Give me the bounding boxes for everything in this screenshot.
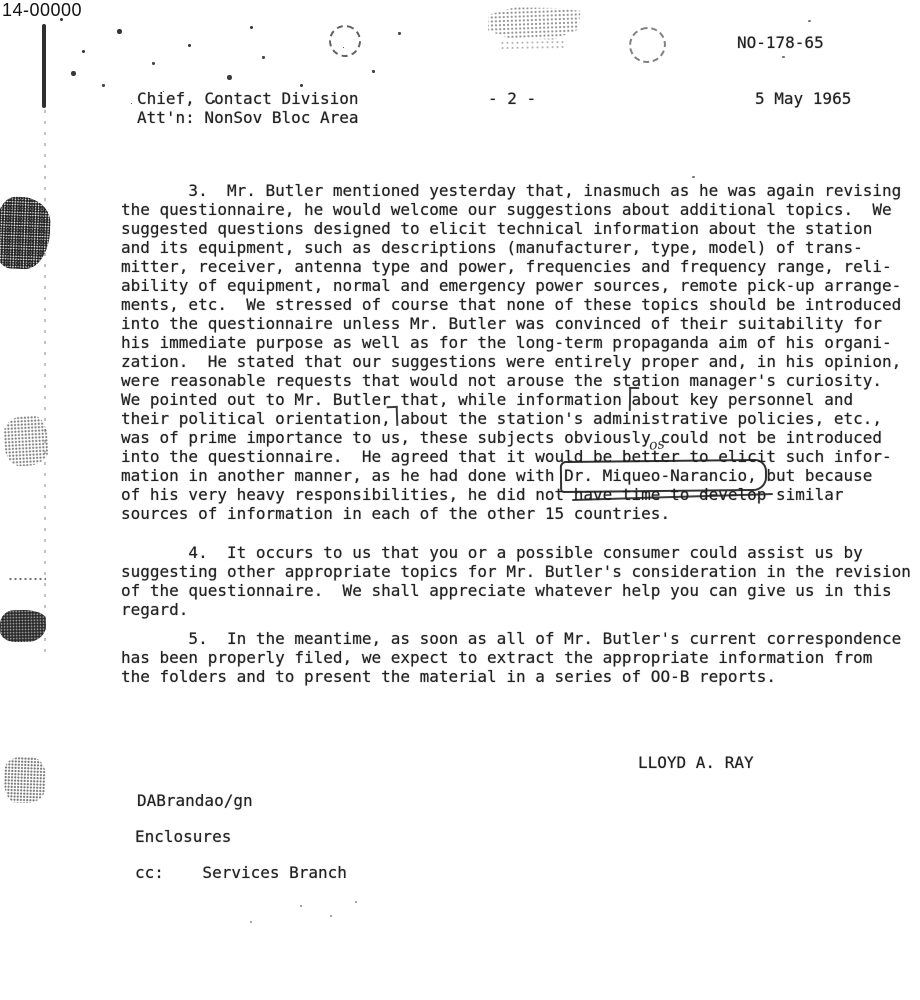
punch-hole-circle bbox=[326, 22, 364, 60]
document-number: NO-178-65 bbox=[737, 33, 824, 52]
scan-reference-label: 14-00000 bbox=[2, 0, 82, 21]
page-number: - 2 - bbox=[488, 89, 536, 108]
paragraph-4: 4. It occurs to us that you or a possibl… bbox=[121, 543, 911, 619]
scanner-blob-artifact bbox=[3, 756, 47, 803]
scanner-dotline-artifact bbox=[8, 577, 46, 581]
typist-initials: DABrandao/gn bbox=[137, 791, 253, 810]
scanned-memo-page: 14-00000 NO-178-65 Chief, Contact Divisi… bbox=[0, 0, 920, 1000]
enclosures-note: Enclosures bbox=[135, 827, 231, 846]
handwritten-note: os bbox=[648, 436, 665, 454]
handwritten-bracket-close bbox=[387, 406, 399, 426]
scanner-speckles bbox=[60, 18, 63, 21]
faded-stamp-smudge bbox=[485, 4, 582, 43]
handwritten-bracket-open bbox=[629, 387, 639, 411]
scanner-speckles-bottom bbox=[300, 905, 302, 907]
handwritten-box-around-name bbox=[560, 459, 767, 493]
signature-name: LLOYD A. RAY bbox=[638, 753, 754, 772]
scanner-blob-artifact bbox=[0, 610, 46, 643]
scanner-streak-artifact bbox=[42, 24, 46, 108]
cc-line: cc: Services Branch bbox=[135, 863, 347, 882]
faded-stamp-smudge bbox=[500, 39, 566, 50]
recipient-line-2: Att'n: NonSov Bloc Area bbox=[137, 108, 359, 127]
date: 5 May 1965 bbox=[755, 89, 851, 108]
paragraph-5: 5. In the meantime, as soon as all of Mr… bbox=[121, 629, 901, 686]
paragraph-3: 3. Mr. Butler mentioned yesterday that, … bbox=[121, 181, 901, 523]
scanner-blob-artifact bbox=[3, 415, 50, 467]
scanner-speckles-right bbox=[782, 56, 785, 58]
scanner-dash-artifact bbox=[44, 110, 46, 655]
recipient-line-1: Chief, Contact Division bbox=[137, 89, 359, 108]
punch-hole-circle bbox=[624, 22, 671, 68]
